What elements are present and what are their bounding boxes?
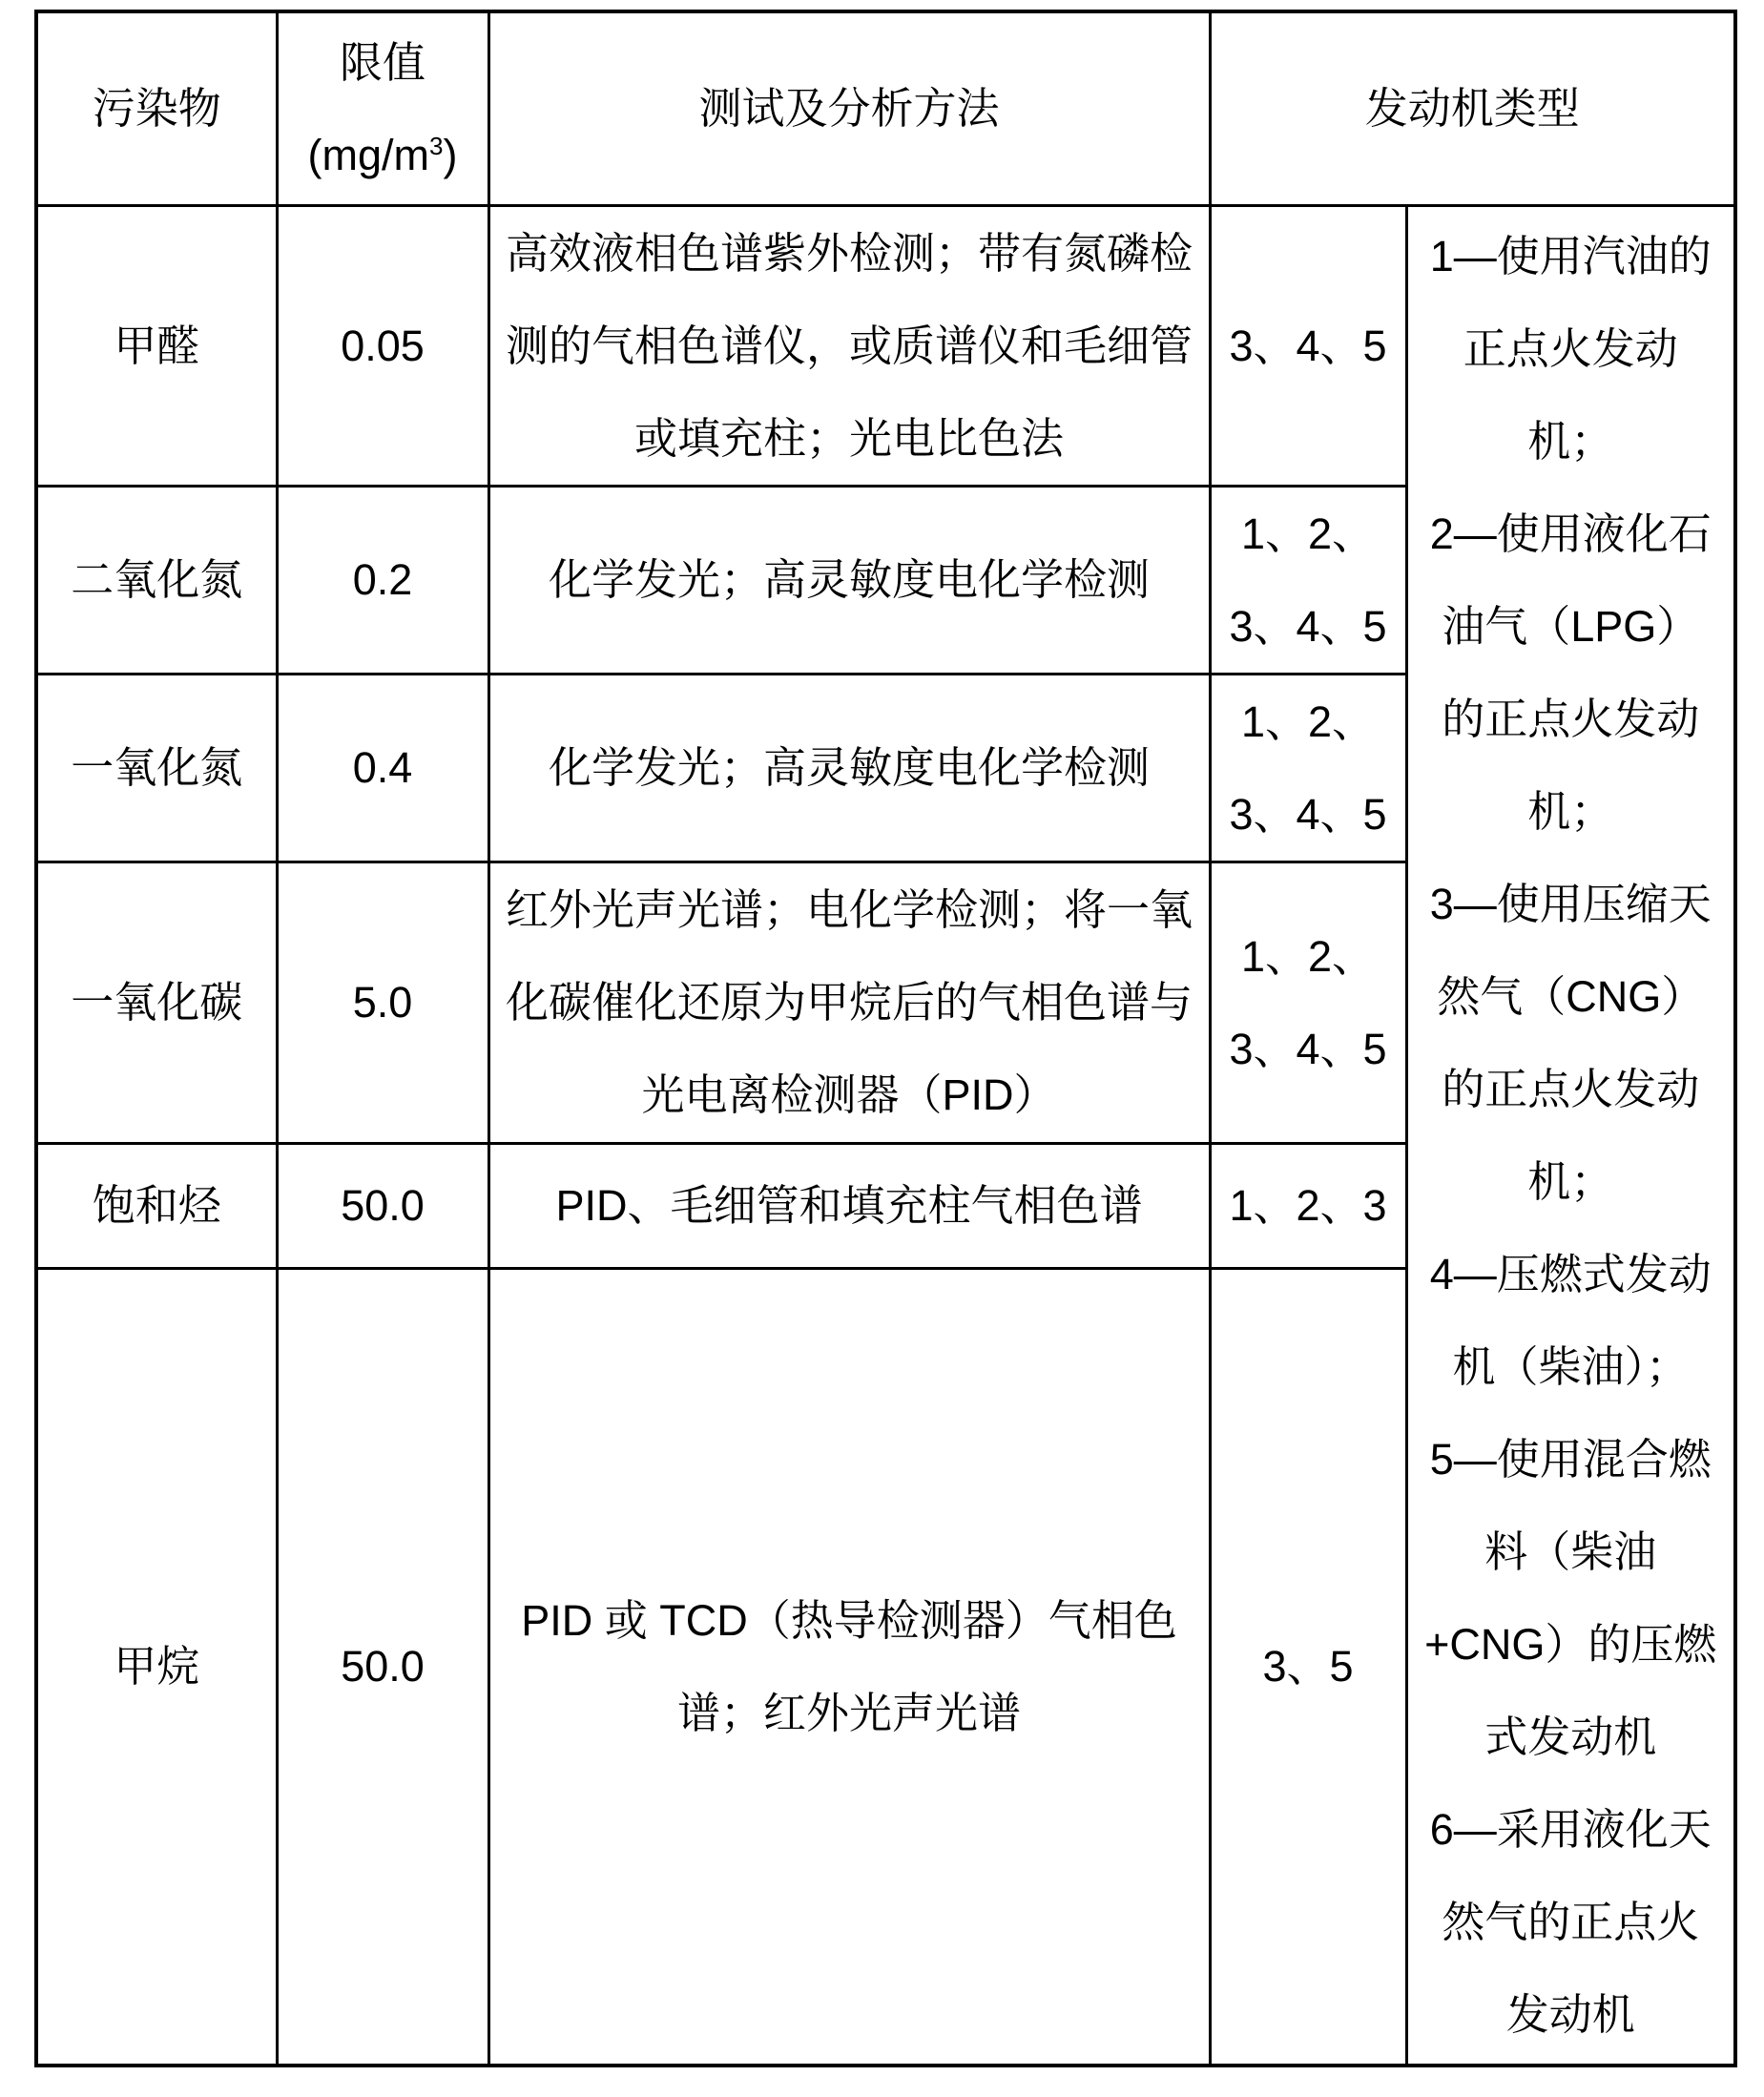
header-pollutant: 污染物 [36, 11, 277, 205]
engine-legend-cell: 1—使用汽油的正点火发动机；2—使用液化石油气（LPG）的正点火发动机；3—使用… [1406, 205, 1735, 2066]
text-line: 3、5 [1212, 1620, 1405, 1713]
header-pollutant-label: 污染物 [93, 84, 221, 133]
engine-numbers-cell: 1、2、3、4、5 [1210, 674, 1406, 862]
text-line: 1、2、 [1212, 488, 1405, 580]
text-line: 机； [1408, 765, 1734, 858]
text-line: 机（柴油）； [1408, 1320, 1734, 1413]
pollutant-cell: 甲醛 [36, 205, 277, 486]
text-line: 3、4、5 [1212, 1003, 1405, 1095]
text-line: 油气（LPG） [1408, 580, 1734, 673]
text-line: 3—使用压缩天 [1408, 858, 1734, 950]
method-cell: 红外光声光谱；电化学检测；将一氧化碳催化还原为甲烷后的气相色谱与光电离检测器（P… [488, 862, 1210, 1143]
pollutant-cell: 一氧化碳 [36, 862, 277, 1143]
text-line: 4—压燃式发动 [1408, 1228, 1734, 1320]
text-line: 机； [1408, 1135, 1734, 1228]
text-line: 然气的正点火 [1408, 1876, 1734, 1968]
header-limit: 限值 (mg/m3) [277, 11, 488, 205]
pollutant-cell: 一氧化氮 [36, 674, 277, 862]
limit-unit-superscript: 3 [429, 132, 443, 160]
text-line: 料（柴油 [1408, 1505, 1734, 1598]
text-line: +CNG）的压燃 [1408, 1598, 1734, 1691]
text-line: 然气（CNG） [1408, 950, 1734, 1043]
text-line: 1、2、 [1212, 675, 1405, 768]
text-line: 2—使用液化石 [1408, 488, 1734, 580]
text-line: 化学发光；高灵敏度电化学检测 [490, 533, 1209, 626]
method-cell: 化学发光；高灵敏度电化学检测 [488, 674, 1210, 862]
pollutant-cell: 二氧化氮 [36, 486, 277, 674]
header-limit-title: 限值 [279, 16, 488, 109]
text-line: 1、2、3 [1212, 1159, 1405, 1252]
text-line: 3、4、5 [1212, 768, 1405, 861]
text-line: 的正点火发动 [1408, 1043, 1734, 1135]
pollutant-cell: 饱和烃 [36, 1143, 277, 1268]
header-engine-type: 发动机类型 [1210, 11, 1735, 205]
limit-cell: 5.0 [277, 862, 488, 1143]
text-line: 的正点火发动 [1408, 673, 1734, 765]
text-line: PID、毛细管和填充柱气相色谱 [490, 1159, 1209, 1252]
text-line: 化学发光；高灵敏度电化学检测 [490, 721, 1209, 814]
table-header-row: 污染物 限值 (mg/m3) 测试及分析方法 发动机类型 [36, 11, 1735, 205]
engine-numbers-cell: 1、2、3、4、5 [1210, 862, 1406, 1143]
engine-numbers-cell: 3、4、5 [1210, 205, 1406, 486]
engine-numbers-cell: 3、5 [1210, 1268, 1406, 2066]
method-cell: 高效液相色谱紫外检测；带有氮磷检测的气相色谱仪，或质谱仪和毛细管或填充柱；光电比… [488, 205, 1210, 486]
limit-cell: 0.05 [277, 205, 488, 486]
text-line: 机； [1408, 395, 1734, 488]
text-line: 1、2、 [1212, 910, 1405, 1003]
text-line: 红外光声光谱；电化学检测；将一氧 [490, 863, 1209, 956]
text-line: 或填充柱；光电比色法 [490, 392, 1209, 485]
document-page: { "page": { "background": "#ffffff", "te… [0, 0, 1764, 2097]
text-line: 发动机 [1408, 1968, 1734, 2061]
text-line: 3、4、5 [1212, 580, 1405, 673]
pollutant-cell: 甲烷 [36, 1268, 277, 2066]
limit-cell: 50.0 [277, 1268, 488, 2066]
pollutant-limits-table: 污染物 限值 (mg/m3) 测试及分析方法 发动机类型 甲醛 0.05 高效液… [34, 10, 1737, 2067]
text-line: 1—使用汽油的 [1408, 210, 1734, 302]
text-line: 5—使用混合燃 [1408, 1413, 1734, 1505]
limit-cell: 50.0 [277, 1143, 488, 1268]
header-limit-unit: (mg/m3) [279, 109, 488, 201]
text-line: 正点火发动 [1408, 302, 1734, 395]
text-line: 谱；红外光声光谱 [490, 1667, 1209, 1759]
limit-cell: 0.4 [277, 674, 488, 862]
text-line: 6—采用液化天 [1408, 1783, 1734, 1876]
text-line: PID 或 TCD（热导检测器）气相色 [490, 1574, 1209, 1667]
header-method: 测试及分析方法 [488, 11, 1210, 205]
text-line: 光电离检测器（PID） [490, 1048, 1209, 1141]
header-method-label: 测试及分析方法 [698, 84, 999, 133]
table-row: 甲醛 0.05 高效液相色谱紫外检测；带有氮磷检测的气相色谱仪，或质谱仪和毛细管… [36, 205, 1735, 486]
text-line: 高效液相色谱紫外检测；带有氮磷检 [490, 207, 1209, 300]
text-line: 式发动机 [1408, 1691, 1734, 1783]
method-cell: PID、毛细管和填充柱气相色谱 [488, 1143, 1210, 1268]
engine-numbers-cell: 1、2、3、4、5 [1210, 486, 1406, 674]
text-line: 测的气相色谱仪，或质谱仪和毛细管 [490, 300, 1209, 392]
method-cell: PID 或 TCD（热导检测器）气相色谱；红外光声光谱 [488, 1268, 1210, 2066]
limit-cell: 0.2 [277, 486, 488, 674]
text-line: 化碳催化还原为甲烷后的气相色谱与 [490, 956, 1209, 1048]
method-cell: 化学发光；高灵敏度电化学检测 [488, 486, 1210, 674]
header-engine-type-label: 发动机类型 [1365, 84, 1580, 133]
engine-numbers-cell: 1、2、3 [1210, 1143, 1406, 1268]
text-line: 3、4、5 [1212, 300, 1405, 392]
